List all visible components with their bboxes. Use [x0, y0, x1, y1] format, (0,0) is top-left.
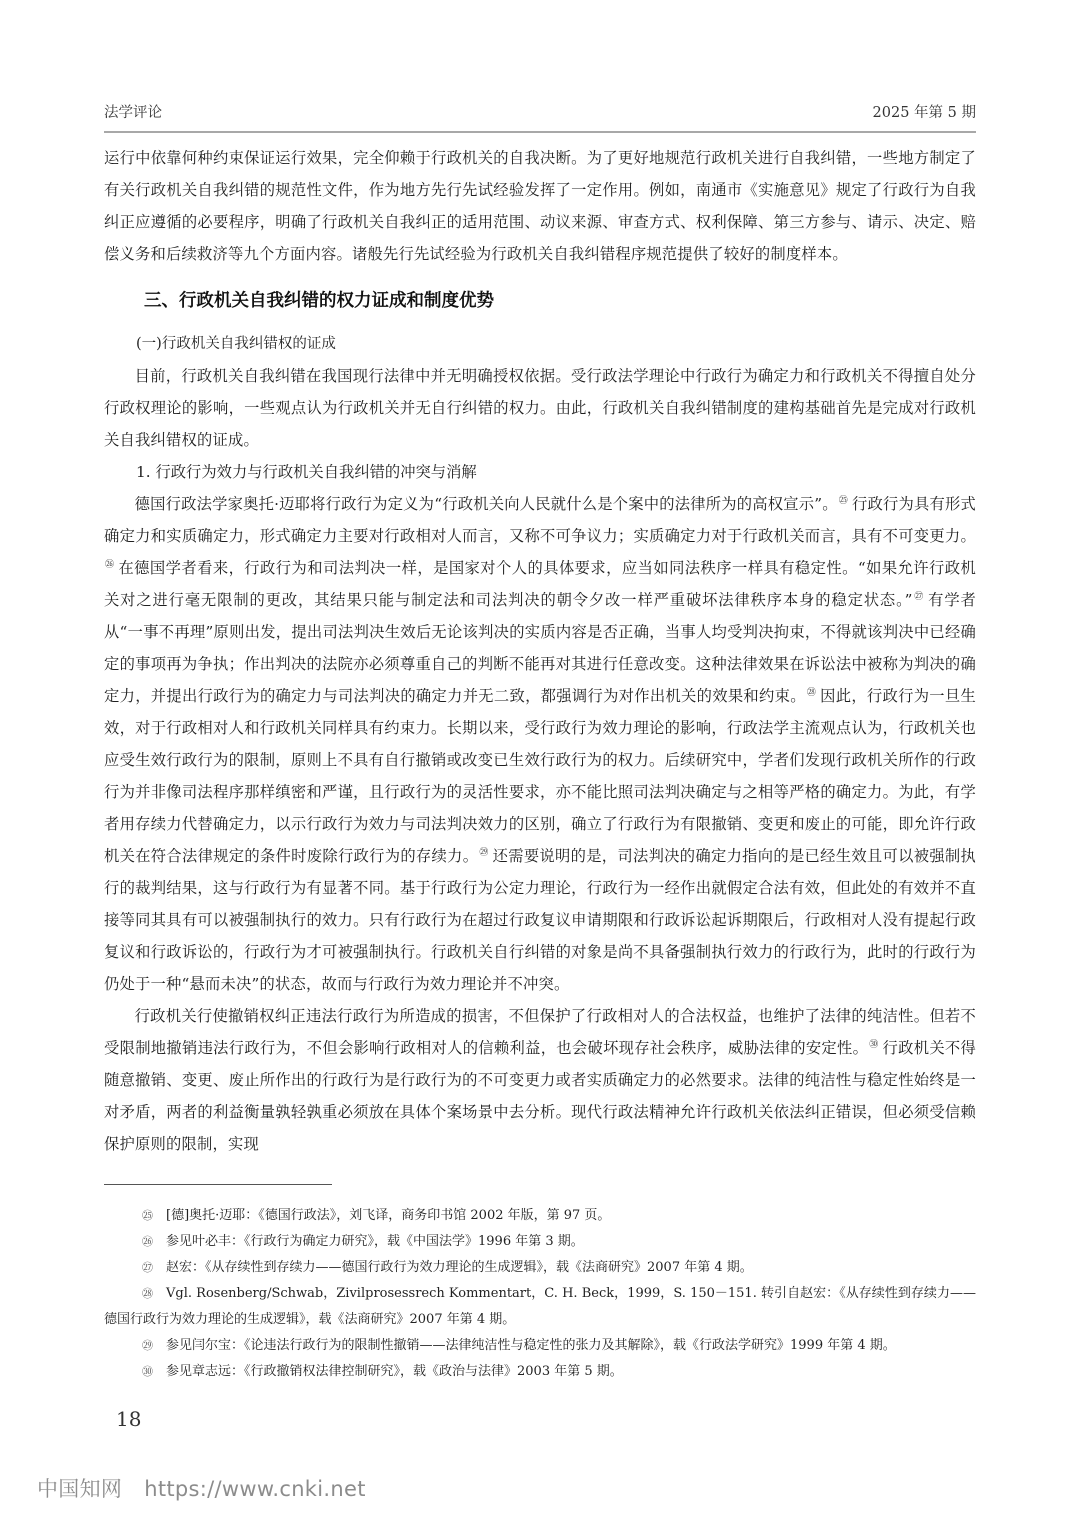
- paragraph: 德国行政法学家奥托·迈耶将行政行为定义为“行政机关向人民就什么是个案中的法律所为…: [104, 488, 976, 1000]
- footnote-ref[interactable]: ㉕: [839, 496, 848, 506]
- footnote-item: ㉘Vgl. Rosenberg/Schwab，Zivilprosessrech …: [104, 1281, 976, 1333]
- footnote-ref[interactable]: ㉖: [105, 560, 114, 570]
- footnote-text: 参见叶必丰：《行政行为确定力研究》，载《中国法学》1996 年第 3 期。: [166, 1234, 584, 1249]
- footnotes: ㉕[德]奥托·迈耶：《德国行政法》，刘飞译，商务印书馆 2002 年版，第 97…: [104, 1203, 976, 1385]
- footnote-item: ㉙参见闫尔宝：《论违法行政行为的限制性撤销——法律纯洁性与稳定性的张力及其解除》…: [104, 1333, 976, 1359]
- footnote-mark: ㉙: [142, 1333, 166, 1359]
- issue-label: 2025 年第 5 期: [873, 101, 976, 122]
- footnote-item: ㉗赵宏：《从存续性到存续力——德国行政行为效力理论的生成逻辑》，载《法商研究》2…: [104, 1255, 976, 1281]
- running-head: 法学评论 2025 年第 5 期: [104, 101, 976, 131]
- page-number: 18: [116, 1407, 141, 1431]
- journal-title: 法学评论: [104, 101, 162, 122]
- header-divider: [104, 131, 976, 133]
- footnote-ref[interactable]: ㉚: [869, 1040, 878, 1050]
- footnote-mark: ㉚: [142, 1359, 166, 1385]
- footnote-mark: ㉘: [142, 1281, 166, 1307]
- footnote-item: ㉚参见章志远：《行政撤销权法律控制研究》，载《政治与法律》2003 年第 5 期…: [104, 1359, 976, 1385]
- footnote-mark: ㉕: [142, 1203, 166, 1229]
- text-run: 行政机关行使撤销权纠正违法行政行为所造成的损害，不但保护了行政相对人的合法权益，…: [104, 1007, 976, 1057]
- text-run: 在德国学者看来，行政行为和司法判决一样，是国家对个人的具体要求，应当如同法秩序一…: [104, 559, 976, 609]
- footnote-item: ㉕[德]奥托·迈耶：《德国行政法》，刘飞译，商务印书馆 2002 年版，第 97…: [104, 1203, 976, 1229]
- paragraph-continued: 运行中依靠何种约束保证运行效果，完全仰赖于行政机关的自我决断。为了更好地规范行政…: [104, 142, 976, 270]
- footnote-ref[interactable]: ㉘: [807, 688, 816, 698]
- article-body: 运行中依靠何种约束保证运行效果，完全仰赖于行政机关的自我决断。为了更好地规范行政…: [104, 142, 976, 1160]
- subsubsection-heading: 1. 行政行为效力与行政机关自我纠错的冲突与消解: [104, 456, 976, 488]
- watermark-url[interactable]: https://www.cnki.net: [144, 1477, 366, 1501]
- footnote-ref[interactable]: ㉗: [914, 592, 925, 602]
- paragraph: 行政机关行使撤销权纠正违法行政行为所造成的损害，不但保护了行政相对人的合法权益，…: [104, 1000, 976, 1160]
- footnote-mark: ㉖: [142, 1229, 166, 1255]
- footnote-text: 赵宏：《从存续性到存续力——德国行政行为效力理论的生成逻辑》，载《法商研究》20…: [166, 1260, 753, 1275]
- cnki-watermark: 中国知网https://www.cnki.net: [37, 1473, 366, 1503]
- footnote-text: 参见闫尔宝：《论违法行政行为的限制性撤销——法律纯洁性与稳定性的张力及其解除》，…: [166, 1338, 896, 1353]
- text-run: 因此，行政行为一旦生效，对于行政相对人和行政机关同样具有约束力。长期以来，受行政…: [104, 687, 976, 865]
- text-run: 德国行政法学家奥托·迈耶将行政行为定义为“行政机关向人民就什么是个案中的法律所为…: [135, 495, 838, 513]
- footnote-text: 参见章志远：《行政撤销权法律控制研究》，载《政治与法律》2003 年第 5 期。: [166, 1364, 623, 1379]
- watermark-brand: 中国知网: [37, 1477, 122, 1501]
- footnote-item: ㉖参见叶必丰：《行政行为确定力研究》，载《中国法学》1996 年第 3 期。: [104, 1229, 976, 1255]
- text-run: 还需要说明的是，司法判决的确定力指向的是已经生效且可以被强制执行的裁判结果，这与…: [104, 847, 976, 993]
- subsection-heading: (一)行政机关自我纠错权的证成: [104, 328, 976, 360]
- footnote-text: [德]奥托·迈耶：《德国行政法》，刘飞译，商务印书馆 2002 年版，第 97 …: [166, 1208, 610, 1223]
- footnote-text: Vgl. Rosenberg/Schwab，Zivilprosessrech K…: [104, 1286, 976, 1327]
- footnote-divider: [104, 1184, 332, 1185]
- footnote-mark: ㉗: [142, 1255, 166, 1281]
- section-heading: 三、行政机关自我纠错的权力证成和制度优势: [104, 284, 976, 318]
- paragraph: 目前，行政机关自我纠错在我国现行法律中并无明确授权依据。受行政法学理论中行政行为…: [104, 360, 976, 456]
- footnote-ref[interactable]: ㉙: [479, 848, 488, 858]
